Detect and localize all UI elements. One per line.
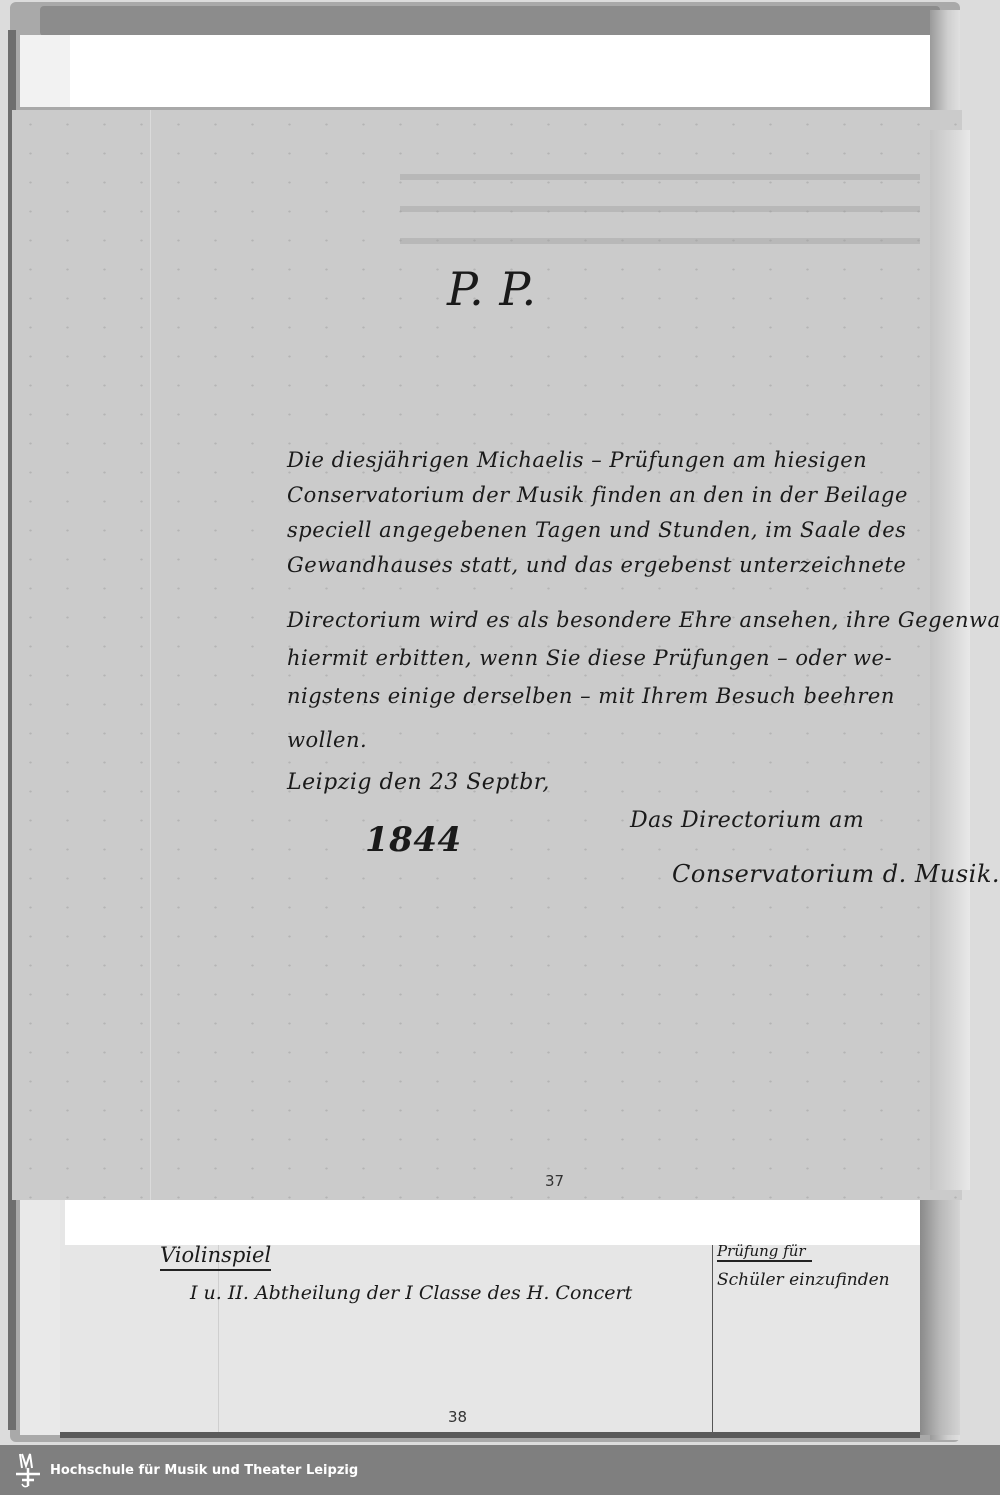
institution-name: Hochschule für Musik und Theater Leipzig: [50, 1463, 358, 1478]
lower-page-right-column-line1: Prüfung für: [717, 1242, 812, 1262]
document-viewer: Violinspiel I u. II. Abtheilung der I Cl…: [0, 0, 1000, 1445]
lower-page-column-divider: [712, 1245, 713, 1435]
page-fold-line: [150, 110, 151, 1200]
folder-top-edge: [40, 6, 940, 36]
bleed-through-print: [400, 160, 920, 250]
letter-body-line: Gewandhauses statt, und das ergebenst un…: [287, 553, 906, 577]
hmt-leipzig-logo-icon: [12, 1450, 44, 1490]
letter-page-right-edge: [930, 130, 970, 1190]
paper-strip-top: [70, 35, 930, 107]
lower-page-heading: Violinspiel: [160, 1243, 271, 1271]
torn-page-edge: [920, 1180, 960, 1435]
page-number-lower: 38: [448, 1408, 467, 1426]
letter-body-line: wollen.: [287, 728, 367, 752]
letter-body-line: Die diesjährigen Michaelis – Prüfungen a…: [287, 448, 867, 472]
lower-page-right-column-line2: Schüler einzufinden: [717, 1270, 890, 1290]
page-number-upper: 37: [545, 1172, 564, 1190]
letter-body-line: nigstens einige derselben – mit Ihrem Be…: [287, 684, 895, 708]
lower-page-margin: [20, 1185, 61, 1435]
paper-strip-left: [20, 35, 70, 107]
letter-place-date: Leipzig den 23 Septbr,: [287, 770, 550, 795]
lower-page-ruling: [218, 1245, 219, 1435]
letter-signature-line2: Conservatorium d. Musik.: [672, 860, 1000, 888]
letter-body-line: hiermit erbitten, wenn Sie diese Prüfung…: [287, 646, 892, 670]
letter-salutation: P. P.: [447, 262, 537, 316]
lower-page-bottom-edge: [60, 1432, 920, 1438]
letter-body-line: Conservatorium der Musik finden an den i…: [287, 483, 908, 507]
institution-footer-bar: Hochschule für Musik und Theater Leipzig: [0, 1445, 1000, 1495]
letter-signature-line1: Das Directorium am: [630, 808, 864, 833]
letter-year: 1844: [365, 820, 462, 860]
letter-body-line: speciell angegebenen Tagen und Stunden, …: [287, 518, 906, 542]
letter-body-line: Directorium wird es als besondere Ehre a…: [287, 608, 1000, 632]
lower-page-entry: I u. II. Abtheilung der I Classe des H. …: [190, 1282, 632, 1304]
